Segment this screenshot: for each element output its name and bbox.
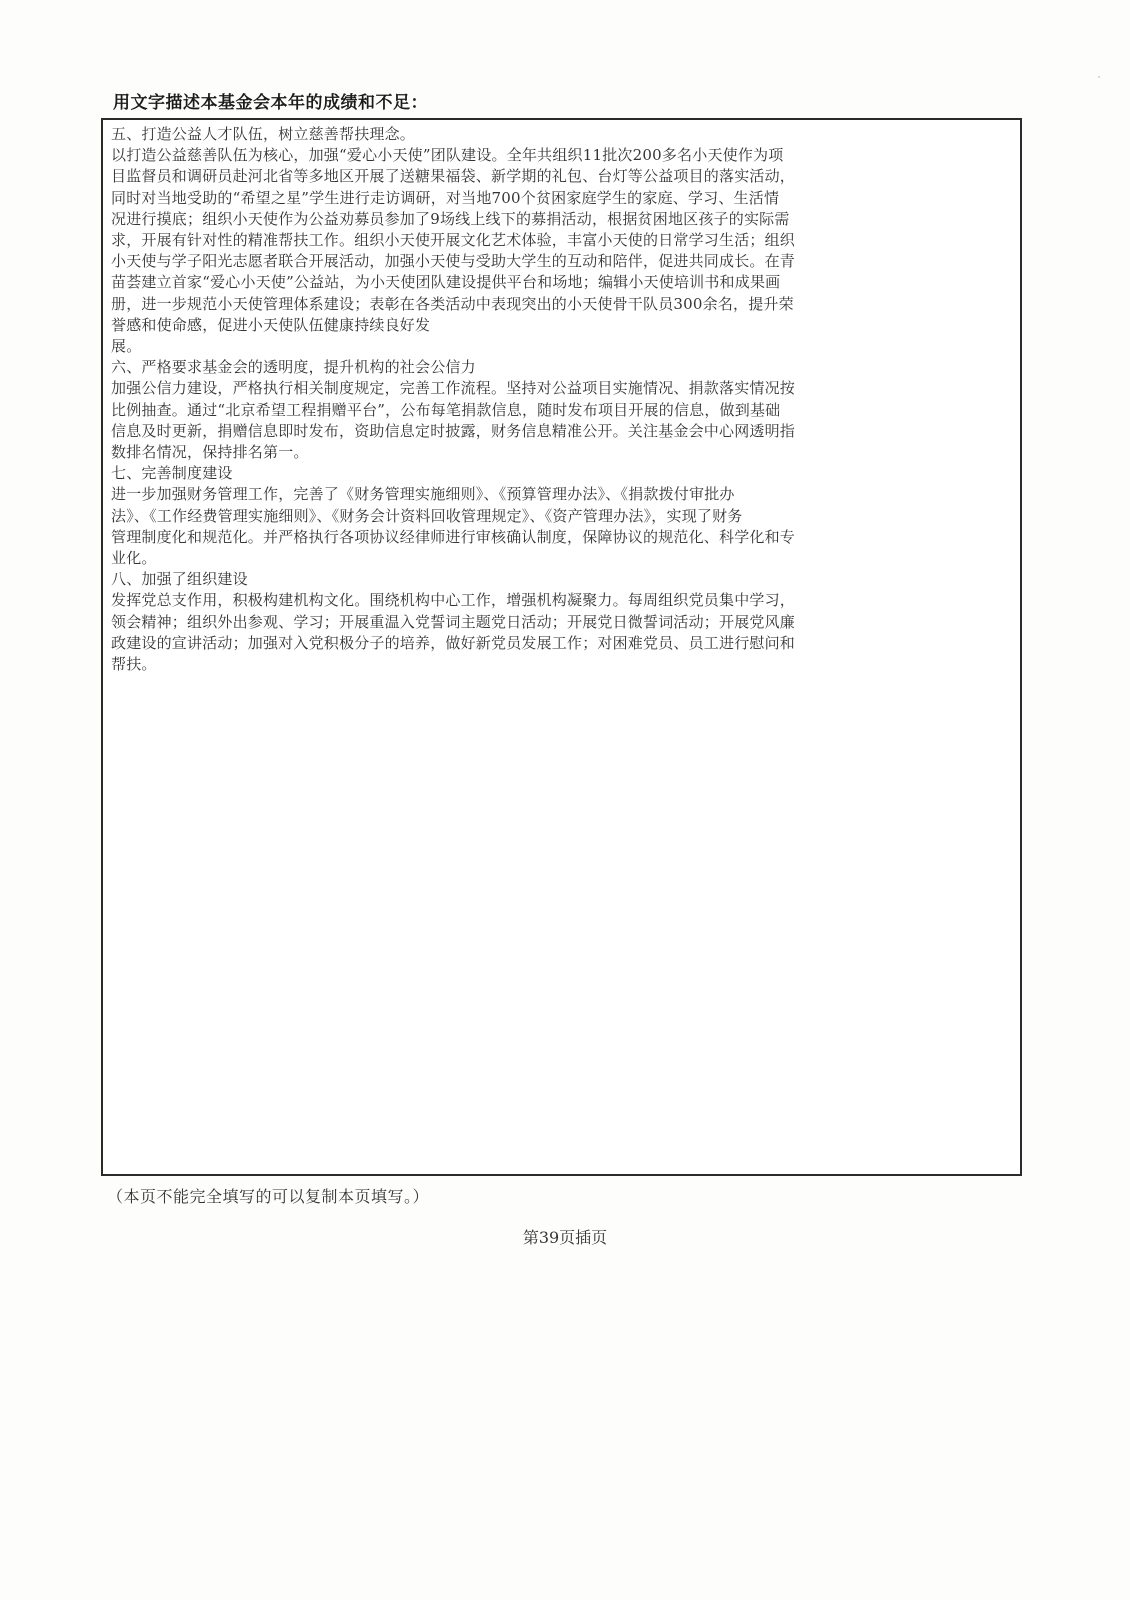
text-line: 求，开展有针对性的精准帮扶工作。组织小天使开展文化艺术体验，丰富小天使的日常学习…	[111, 230, 1014, 251]
section-title: 六、严格要求基金会的透明度，提升机构的社会公信力	[111, 357, 1014, 378]
section-8: 八、加强了组织建设 发挥党总支作用，积极构建机构文化。围绕机构中心工作，增强机构…	[111, 569, 1014, 675]
text-line: 管理制度化和规范化。并严格执行各项协议经律师进行审核确认制度，保障协议的规范化、…	[111, 527, 1014, 548]
text-line: 数排名情况，保持排名第一。	[111, 442, 1014, 463]
text-line: 法》、《工作经费管理实施细则》、《财务会计资料回收管理规定》、《资产管理办法》，…	[111, 506, 1014, 527]
text-line: 加强公信力建设，严格执行相关制度规定，完善工作流程。坚持对公益项目实施情况、捐款…	[111, 378, 1014, 399]
document-page: 用文字描述本基金会本年的成绩和不足： 五、打造公益人才队伍，树立慈善帮扶理念。 …	[0, 0, 1130, 1600]
section-title: 八、加强了组织建设	[111, 569, 1014, 590]
section-title: 七、完善制度建设	[111, 463, 1014, 484]
section-6: 六、严格要求基金会的透明度，提升机构的社会公信力 加强公信力建设，严格执行相关制…	[111, 357, 1014, 463]
text-line: 发挥党总支作用，积极构建机构文化。围绕机构中心工作，增强机构凝聚力。每周组织党员…	[111, 590, 1014, 611]
text-line: 业化。	[111, 548, 1014, 569]
content-text: 五、打造公益人才队伍，树立慈善帮扶理念。 以打造公益慈善队伍为核心，加强“爱心小…	[111, 124, 1014, 675]
footnote: （本页不能完全填写的可以复制本页填写。）	[107, 1184, 429, 1207]
text-line: 同时对当地受助的“希望之星”学生进行走访调研，对当地700个贫困家庭学生的家庭、…	[111, 188, 1014, 209]
page-number: 第39页插页	[0, 1225, 1130, 1248]
text-line: 信息及时更新，捐赠信息即时发布，资助信息定时披露，财务信息精准公开。关注基金会中…	[111, 421, 1014, 442]
section-title: 五、打造公益人才队伍，树立慈善帮扶理念。	[111, 124, 1014, 145]
text-line: 政建设的宣讲活动；加强对入党积极分子的培养，做好新党员发展工作；对困难党员、员工…	[111, 633, 1014, 654]
text-line: 小天使与学子阳光志愿者联合开展活动，加强小天使与受助大学生的互动和陪伴，促进共同…	[111, 251, 1014, 272]
text-line: 誉感和使命感，促进小天使队伍健康持续良好发	[111, 315, 1014, 336]
section-7: 七、完善制度建设 进一步加强财务管理工作，完善了《财务管理实施细则》、《预算管理…	[111, 463, 1014, 569]
text-line: 册，进一步规范小天使管理体系建设；表彰在各类活动中表现突出的小天使骨干队员300…	[111, 294, 1014, 315]
text-line: 目监督员和调研员赴河北省等多地区开展了送糖果福袋、新学期的礼包、台灯等公益项目的…	[111, 166, 1014, 187]
text-line: 帮扶。	[111, 654, 1014, 675]
section-5: 五、打造公益人才队伍，树立慈善帮扶理念。 以打造公益慈善队伍为核心，加强“爱心小…	[111, 124, 1014, 357]
content-box: 五、打造公益人才队伍，树立慈善帮扶理念。 以打造公益慈善队伍为核心，加强“爱心小…	[101, 118, 1022, 1176]
page-heading: 用文字描述本基金会本年的成绩和不足：	[113, 88, 428, 113]
text-line: 况进行摸底；组织小天使作为公益劝募员参加了9场线上线下的募捐活动，根据贫困地区孩…	[111, 209, 1014, 230]
text-line: 领会精神；组织外出参观、学习；开展重温入党誓词主题党日活动；开展党日微誓词活动；…	[111, 612, 1014, 633]
scan-speck	[1098, 76, 1100, 78]
text-line: 比例抽查。通过“北京希望工程捐赠平台”，公布每笔捐款信息，随时发布项目开展的信息…	[111, 400, 1014, 421]
text-line: 展。	[111, 336, 1014, 357]
text-line: 进一步加强财务管理工作，完善了《财务管理实施细则》、《预算管理办法》、《捐款拨付…	[111, 484, 1014, 505]
text-line: 以打造公益慈善队伍为核心，加强“爱心小天使”团队建设。全年共组织11批次200多…	[111, 145, 1014, 166]
text-line: 苗荟建立首家“爱心小天使”公益站，为小天使团队建设提供平台和场地；编辑小天使培训…	[111, 272, 1014, 293]
